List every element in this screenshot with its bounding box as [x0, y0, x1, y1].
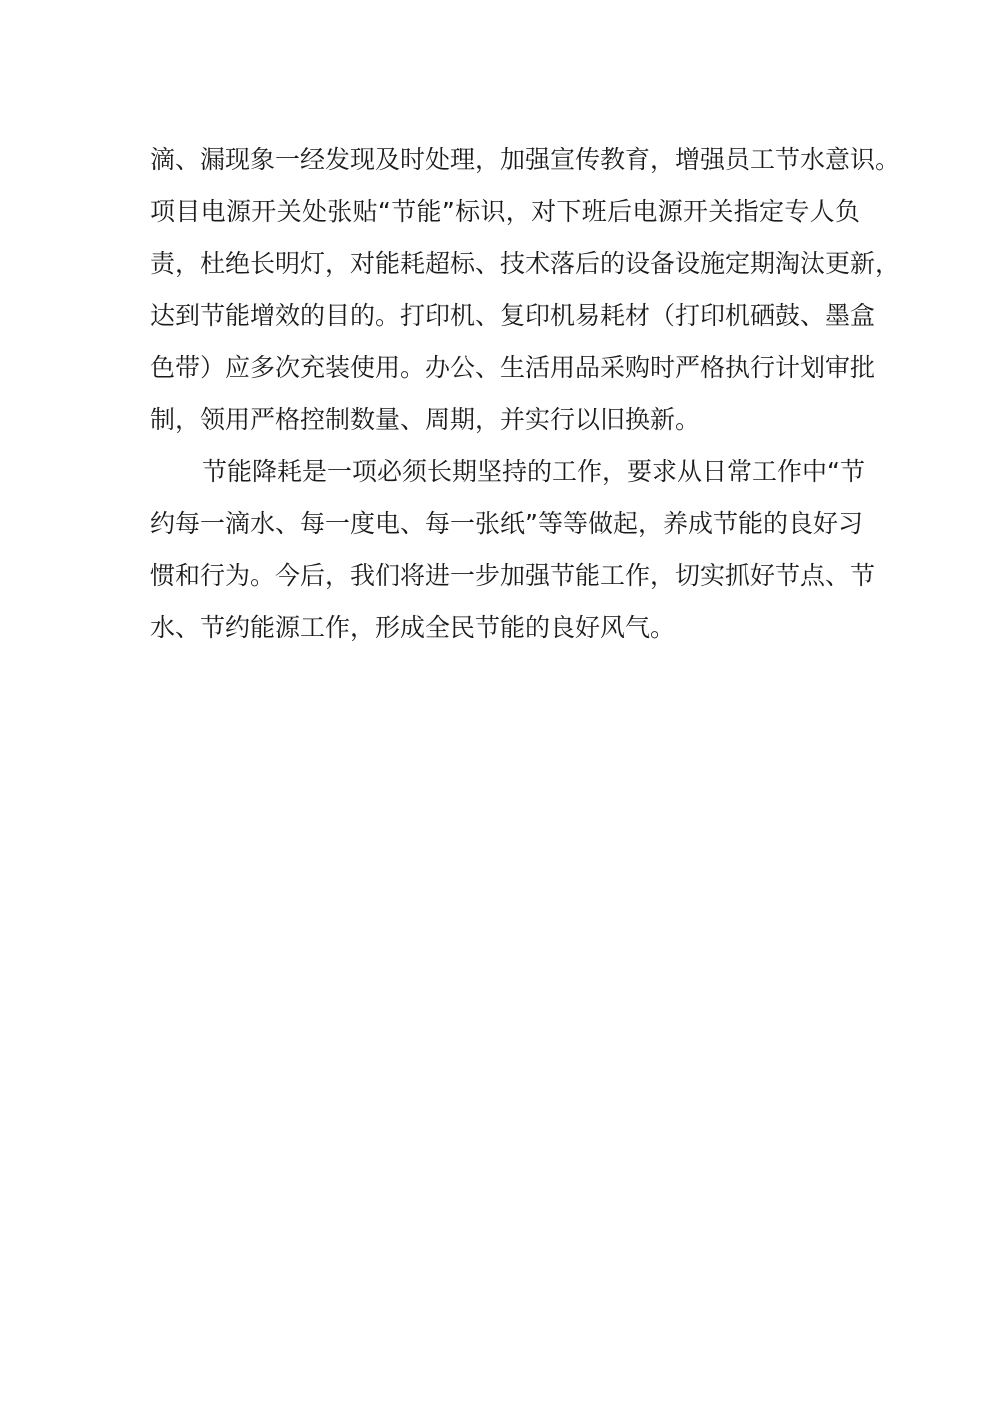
document-body: 滴、漏现象一经发现及时处理，加强宣传教育，增强员工节水意识。 项目电源开关处张贴… — [150, 134, 860, 654]
paragraph-line: 色带）应多次充装使用。办公、生活用品采购时严格执行计划审批 — [150, 342, 860, 394]
paragraph-1: 滴、漏现象一经发现及时处理，加强宣传教育，增强员工节水意识。 项目电源开关处张贴… — [150, 134, 860, 446]
paragraph-line: 制，领用严格控制数量、周期，并实行以旧换新。 — [150, 394, 860, 446]
paragraph-2: 节能降耗是一项必须长期坚持的工作，要求从日常工作中“节 约每一滴水、每一度电、每… — [150, 446, 860, 654]
paragraph-line: 达到节能增效的目的。打印机、复印机易耗材（打印机硒鼓、墨盒 — [150, 290, 860, 342]
paragraph-line: 项目电源开关处张贴“节能”标识，对下班后电源开关指定专人负 — [150, 186, 860, 238]
document-page: 滴、漏现象一经发现及时处理，加强宣传教育，增强员工节水意识。 项目电源开关处张贴… — [0, 0, 1000, 1415]
paragraph-line: 约每一滴水、每一度电、每一张纸”等等做起，养成节能的良好习 — [150, 498, 860, 550]
paragraph-line: 责，杜绝长明灯，对能耗超标、技术落后的设备设施定期淘汰更新， — [150, 238, 860, 290]
paragraph-line: 水、节约能源工作，形成全民节能的良好风气。 — [150, 602, 860, 654]
paragraph-line: 惯和行为。今后，我们将进一步加强节能工作，切实抓好节点、节 — [150, 550, 860, 602]
paragraph-line: 滴、漏现象一经发现及时处理，加强宣传教育，增强员工节水意识。 — [150, 134, 860, 186]
paragraph-line: 节能降耗是一项必须长期坚持的工作，要求从日常工作中“节 — [150, 446, 860, 498]
